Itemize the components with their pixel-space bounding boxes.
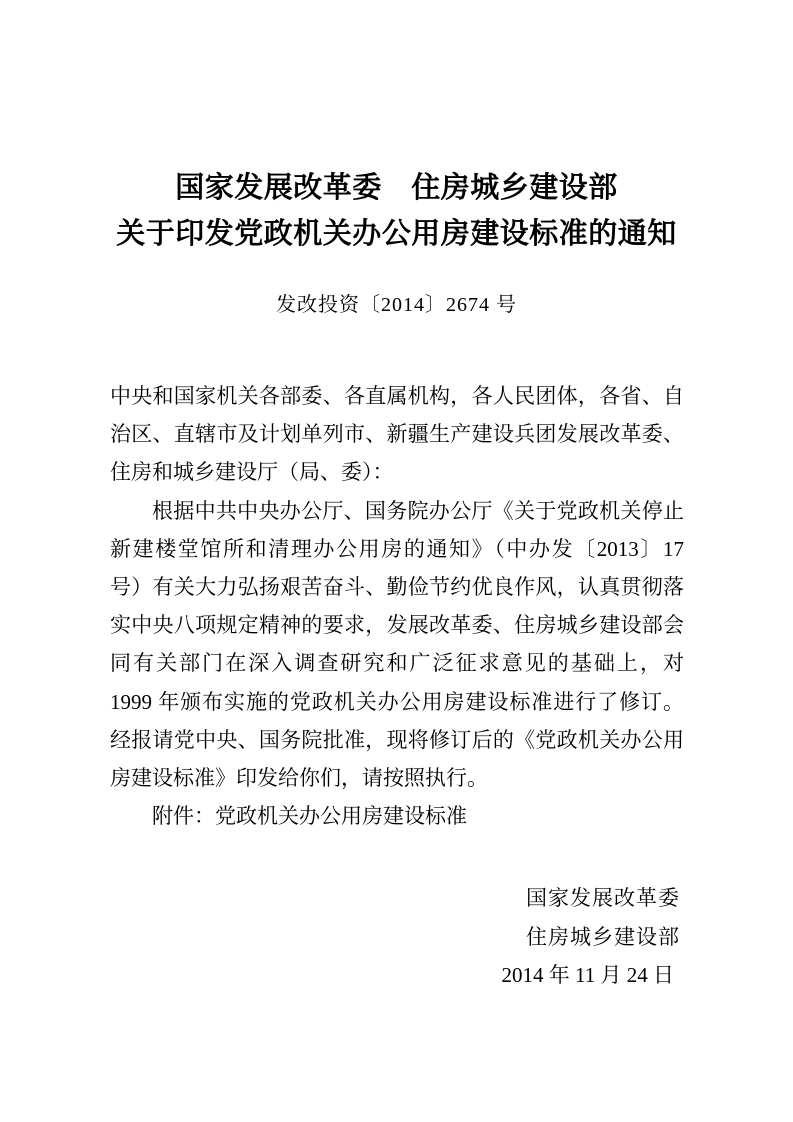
body-line: 住房和城乡建设厅（局、委）：	[110, 453, 684, 491]
body-line: 新建楼堂馆所和清理办公用房的通知》（中办发〔2013〕17	[110, 530, 684, 568]
paragraph-recipients: 中央和国家机关各部委、各直属机构，各人民团体，各省、自 治区、直辖市及计划单列市…	[110, 377, 684, 492]
title-line-2: 关于印发党政机关办公用房建设标准的通知	[0, 211, 793, 257]
body-line: 1999 年颁布实施的党政机关办公用房建设标准进行了修订。	[110, 683, 684, 721]
signature-agency-1: 国家发展改革委	[0, 879, 680, 917]
attachment-line: 附件：党政机关办公用房建设标准	[110, 797, 684, 835]
signature-agency-2: 住房城乡建设部	[0, 918, 680, 956]
body-text: 中央和国家机关各部委、各直属机构，各人民团体，各省、自 治区、直辖市及计划单列市…	[0, 377, 793, 835]
title-line-1: 国家发展改革委 住房城乡建设部	[0, 165, 793, 211]
body-line: 中央和国家机关各部委、各直属机构，各人民团体，各省、自	[110, 377, 684, 415]
document-title: 国家发展改革委 住房城乡建设部 关于印发党政机关办公用房建设标准的通知	[0, 0, 793, 257]
body-line: 号）有关大力弘扬艰苦奋斗、勤俭节约优良作风，认真贯彻落	[110, 568, 684, 606]
signature-block: 国家发展改革委 住房城乡建设部 2014 年 11 月 24 日	[0, 879, 793, 994]
body-line: 房建设标准》印发给你们，请按照执行。	[110, 759, 684, 797]
body-line: 同有关部门在深入调查研究和广泛征求意见的基础上，对	[110, 644, 684, 682]
signature-date: 2014 年 11 月 24 日	[0, 956, 680, 994]
paragraph-attachment: 附件：党政机关办公用房建设标准	[110, 797, 684, 835]
body-line: 治区、直辖市及计划单列市、新疆生产建设兵团发展改革委、	[110, 415, 684, 453]
body-line: 经报请党中央、国务院批准，现将修订后的《党政机关办公用	[110, 721, 684, 759]
doc-number: 发改投资〔2014〕2674 号	[0, 290, 793, 320]
page: 国家发展改革委 住房城乡建设部 关于印发党政机关办公用房建设标准的通知 发改投资…	[0, 0, 793, 1122]
body-line: 根据中共中央办公厅、国务院办公厅《关于党政机关停止	[110, 492, 684, 530]
body-line: 实中央八项规定精神的要求，发展改革委、住房城乡建设部会	[110, 606, 684, 644]
paragraph-main-body: 根据中共中央办公厅、国务院办公厅《关于党政机关停止 新建楼堂馆所和清理办公用房的…	[110, 492, 684, 798]
